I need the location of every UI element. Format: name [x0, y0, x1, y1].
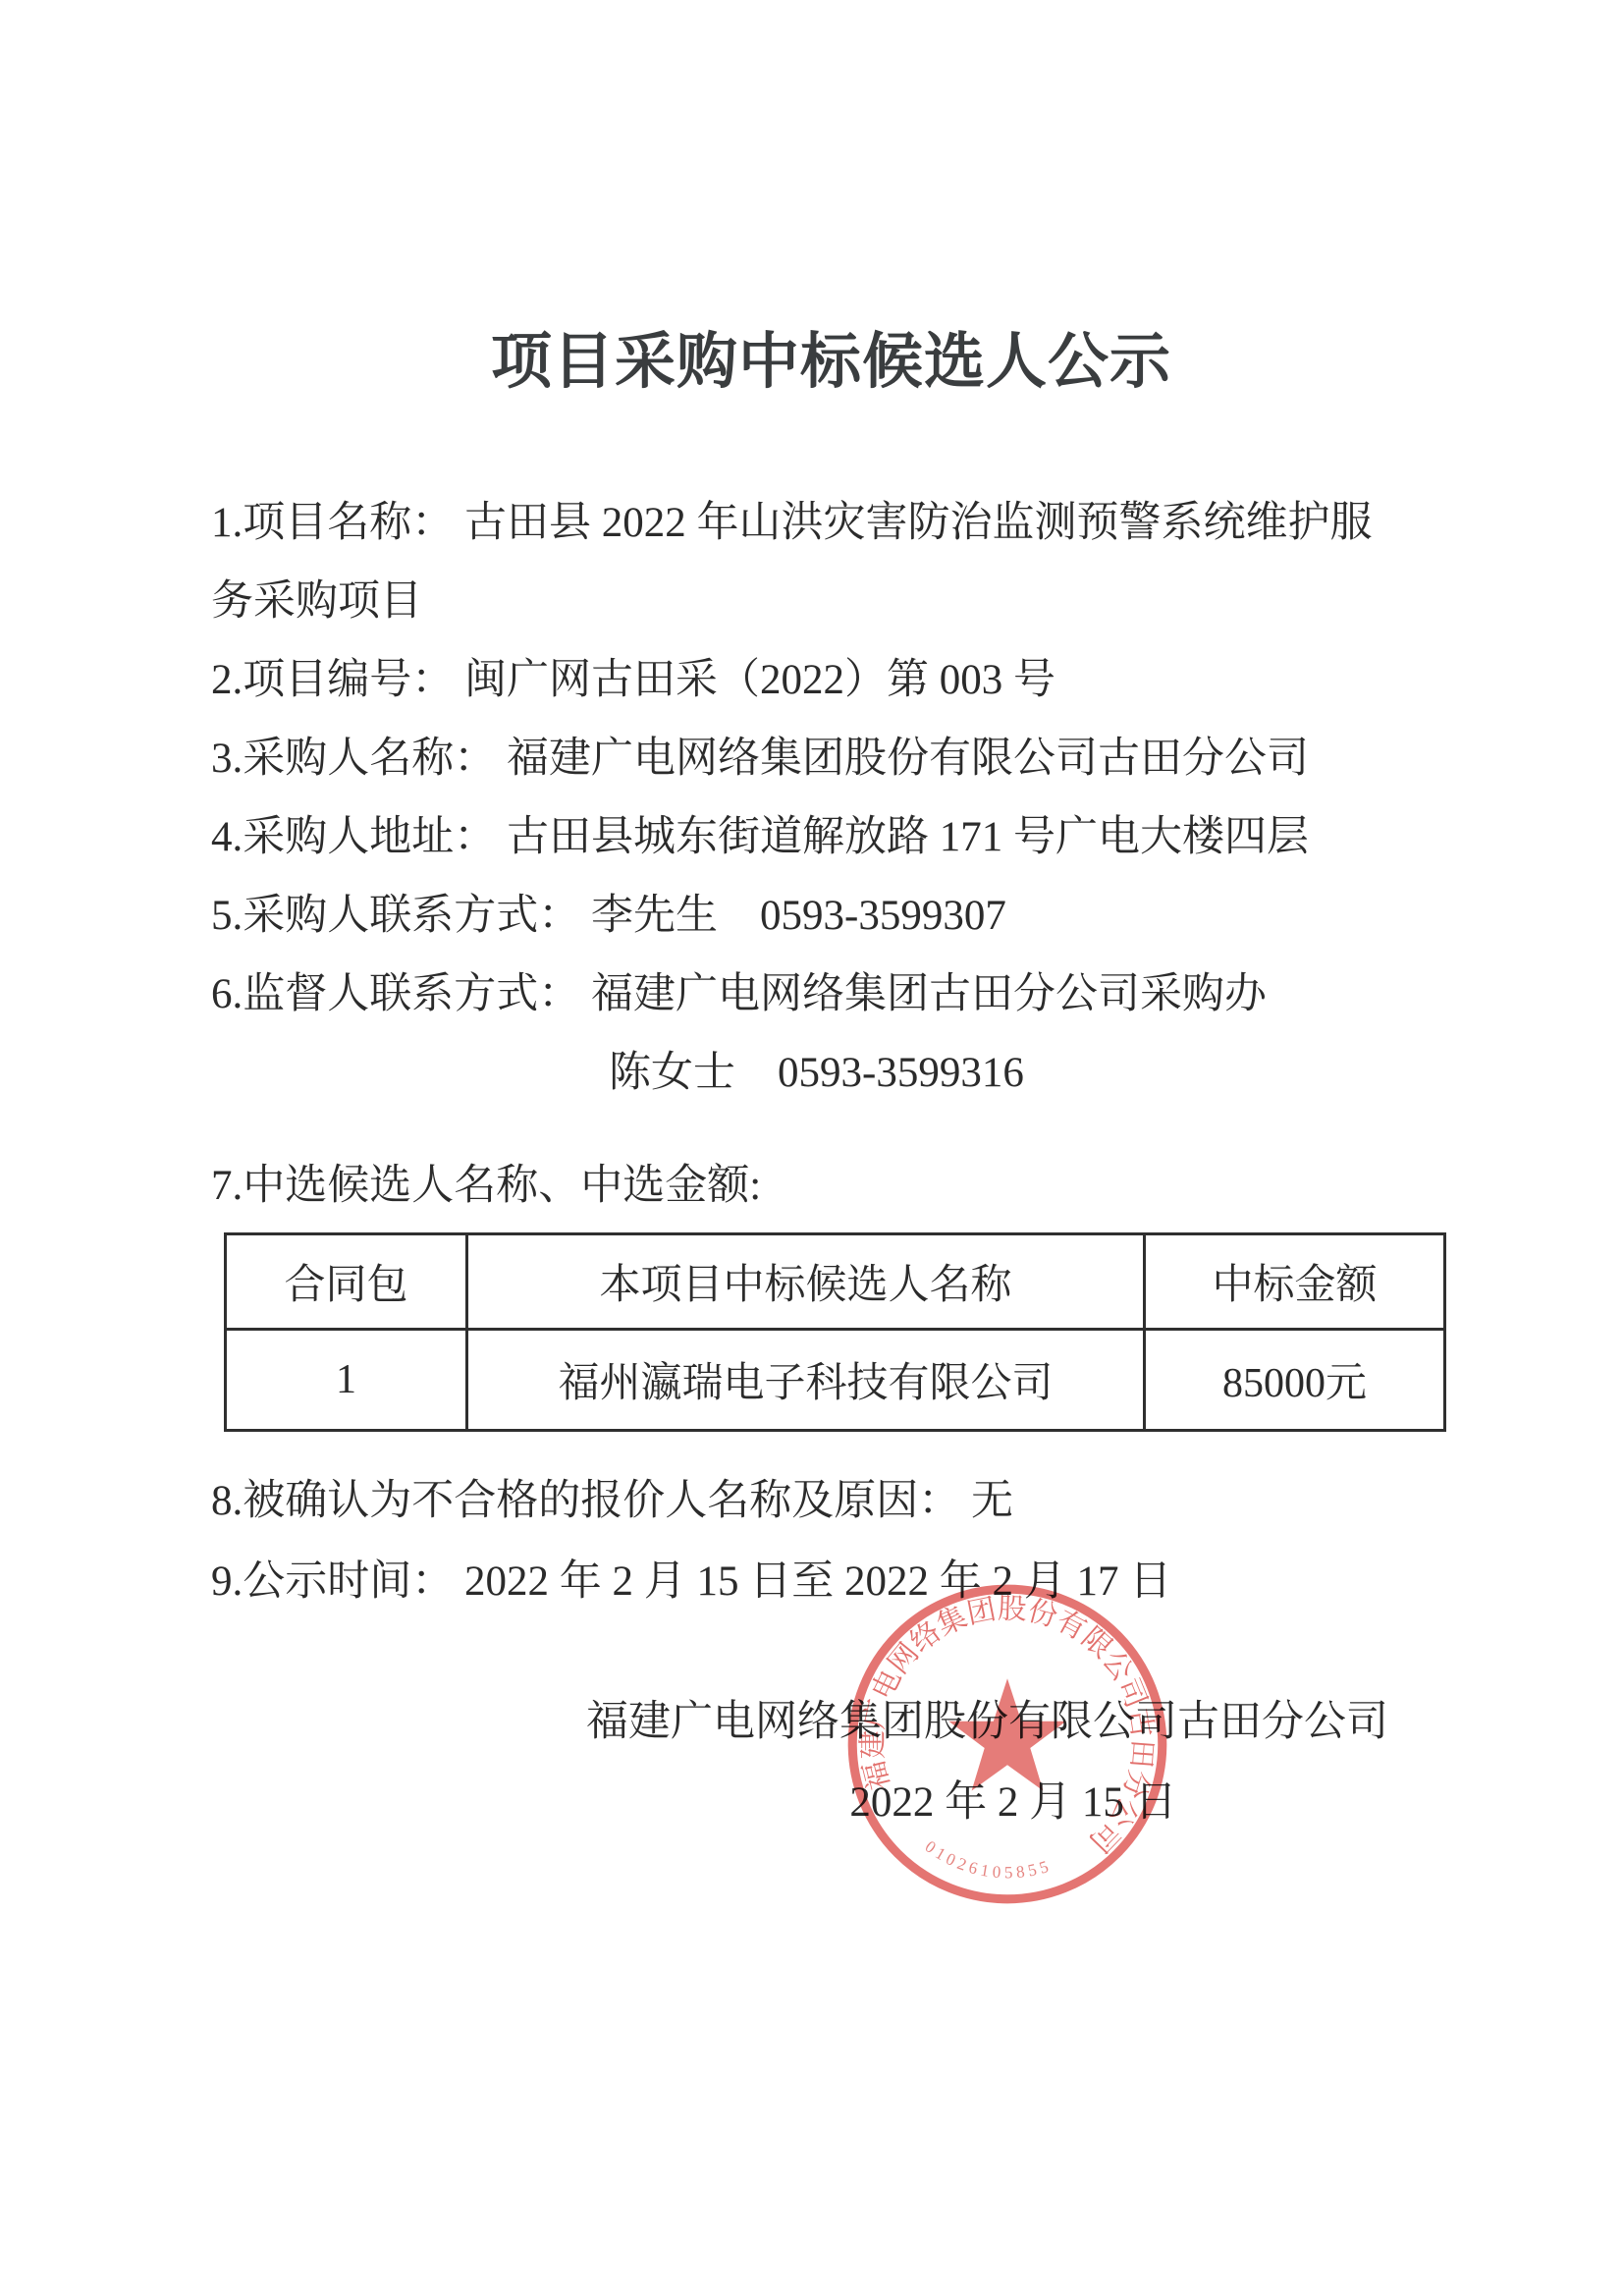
page-title: 项目采购中标候选人公示 — [491, 312, 1171, 400]
item-6-supervisor-contact-line1: 6.监督人联系方式： 福建广电网络集团古田分公司采购办 — [211, 956, 1488, 1034]
item-8-disqualified-bidders: 8.被确认为不合格的报价人名称及原因： 无 — [211, 1461, 1171, 1542]
announcement-page: 项目采购中标候选人公示 1.项目名称： 古田县 2022 年山洪灾害防治监测预警… — [0, 0, 1623, 2296]
official-seal-stamp: 福建广电网络集团股份有限公司古田分公司 01026105855 — [833, 1569, 1182, 1919]
winning-candidates-table: 合同包 本项目中标候选人名称 中标金额 1 福州瀛瑞电子科技有限公司 85000… — [224, 1232, 1446, 1432]
cell-bid-amount: 85000元 — [1145, 1330, 1445, 1431]
body-text: 1.项目名称： 古田县 2022 年山洪灾害防治监测预警系统维护服 务采购项目 … — [211, 484, 1488, 1113]
item-5-purchaser-contact: 5.采购人联系方式： 李先生 0593-3599307 — [211, 877, 1488, 956]
item-1-project-name-line2: 务采购项目 — [211, 563, 1488, 641]
header-bid-amount: 中标金额 — [1145, 1234, 1445, 1330]
seal-number-text: 01026105855 — [922, 1837, 1055, 1883]
table-row: 1 福州瀛瑞电子科技有限公司 85000元 — [226, 1330, 1445, 1431]
item-7-heading: 7.中选候选人名称、中选金额: — [211, 1157, 761, 1216]
item-1-project-name-line1: 1.项目名称： 古田县 2022 年山洪灾害防治监测预警系统维护服 — [211, 484, 1488, 563]
cell-contract-package: 1 — [226, 1330, 467, 1431]
item-6-supervisor-contact-line2: 陈女士 0593-3599316 — [211, 1034, 1488, 1113]
cell-candidate-name: 福州瀛瑞电子科技有限公司 — [467, 1330, 1145, 1431]
header-contract-package: 合同包 — [226, 1234, 467, 1330]
header-candidate-name: 本项目中标候选人名称 — [467, 1234, 1145, 1330]
item-3-purchaser-name: 3.采购人名称： 福建广电网络集团股份有限公司古田分公司 — [211, 720, 1488, 798]
item-4-purchaser-address: 4.采购人地址： 古田县城东街道解放路 171 号广电大楼四层 — [211, 798, 1488, 877]
item-2-project-number: 2.项目编号： 闽广网古田采（2022）第 003 号 — [211, 641, 1488, 720]
table-header-row: 合同包 本项目中标候选人名称 中标金额 — [226, 1234, 1445, 1330]
seal-star-icon — [948, 1678, 1065, 1790]
